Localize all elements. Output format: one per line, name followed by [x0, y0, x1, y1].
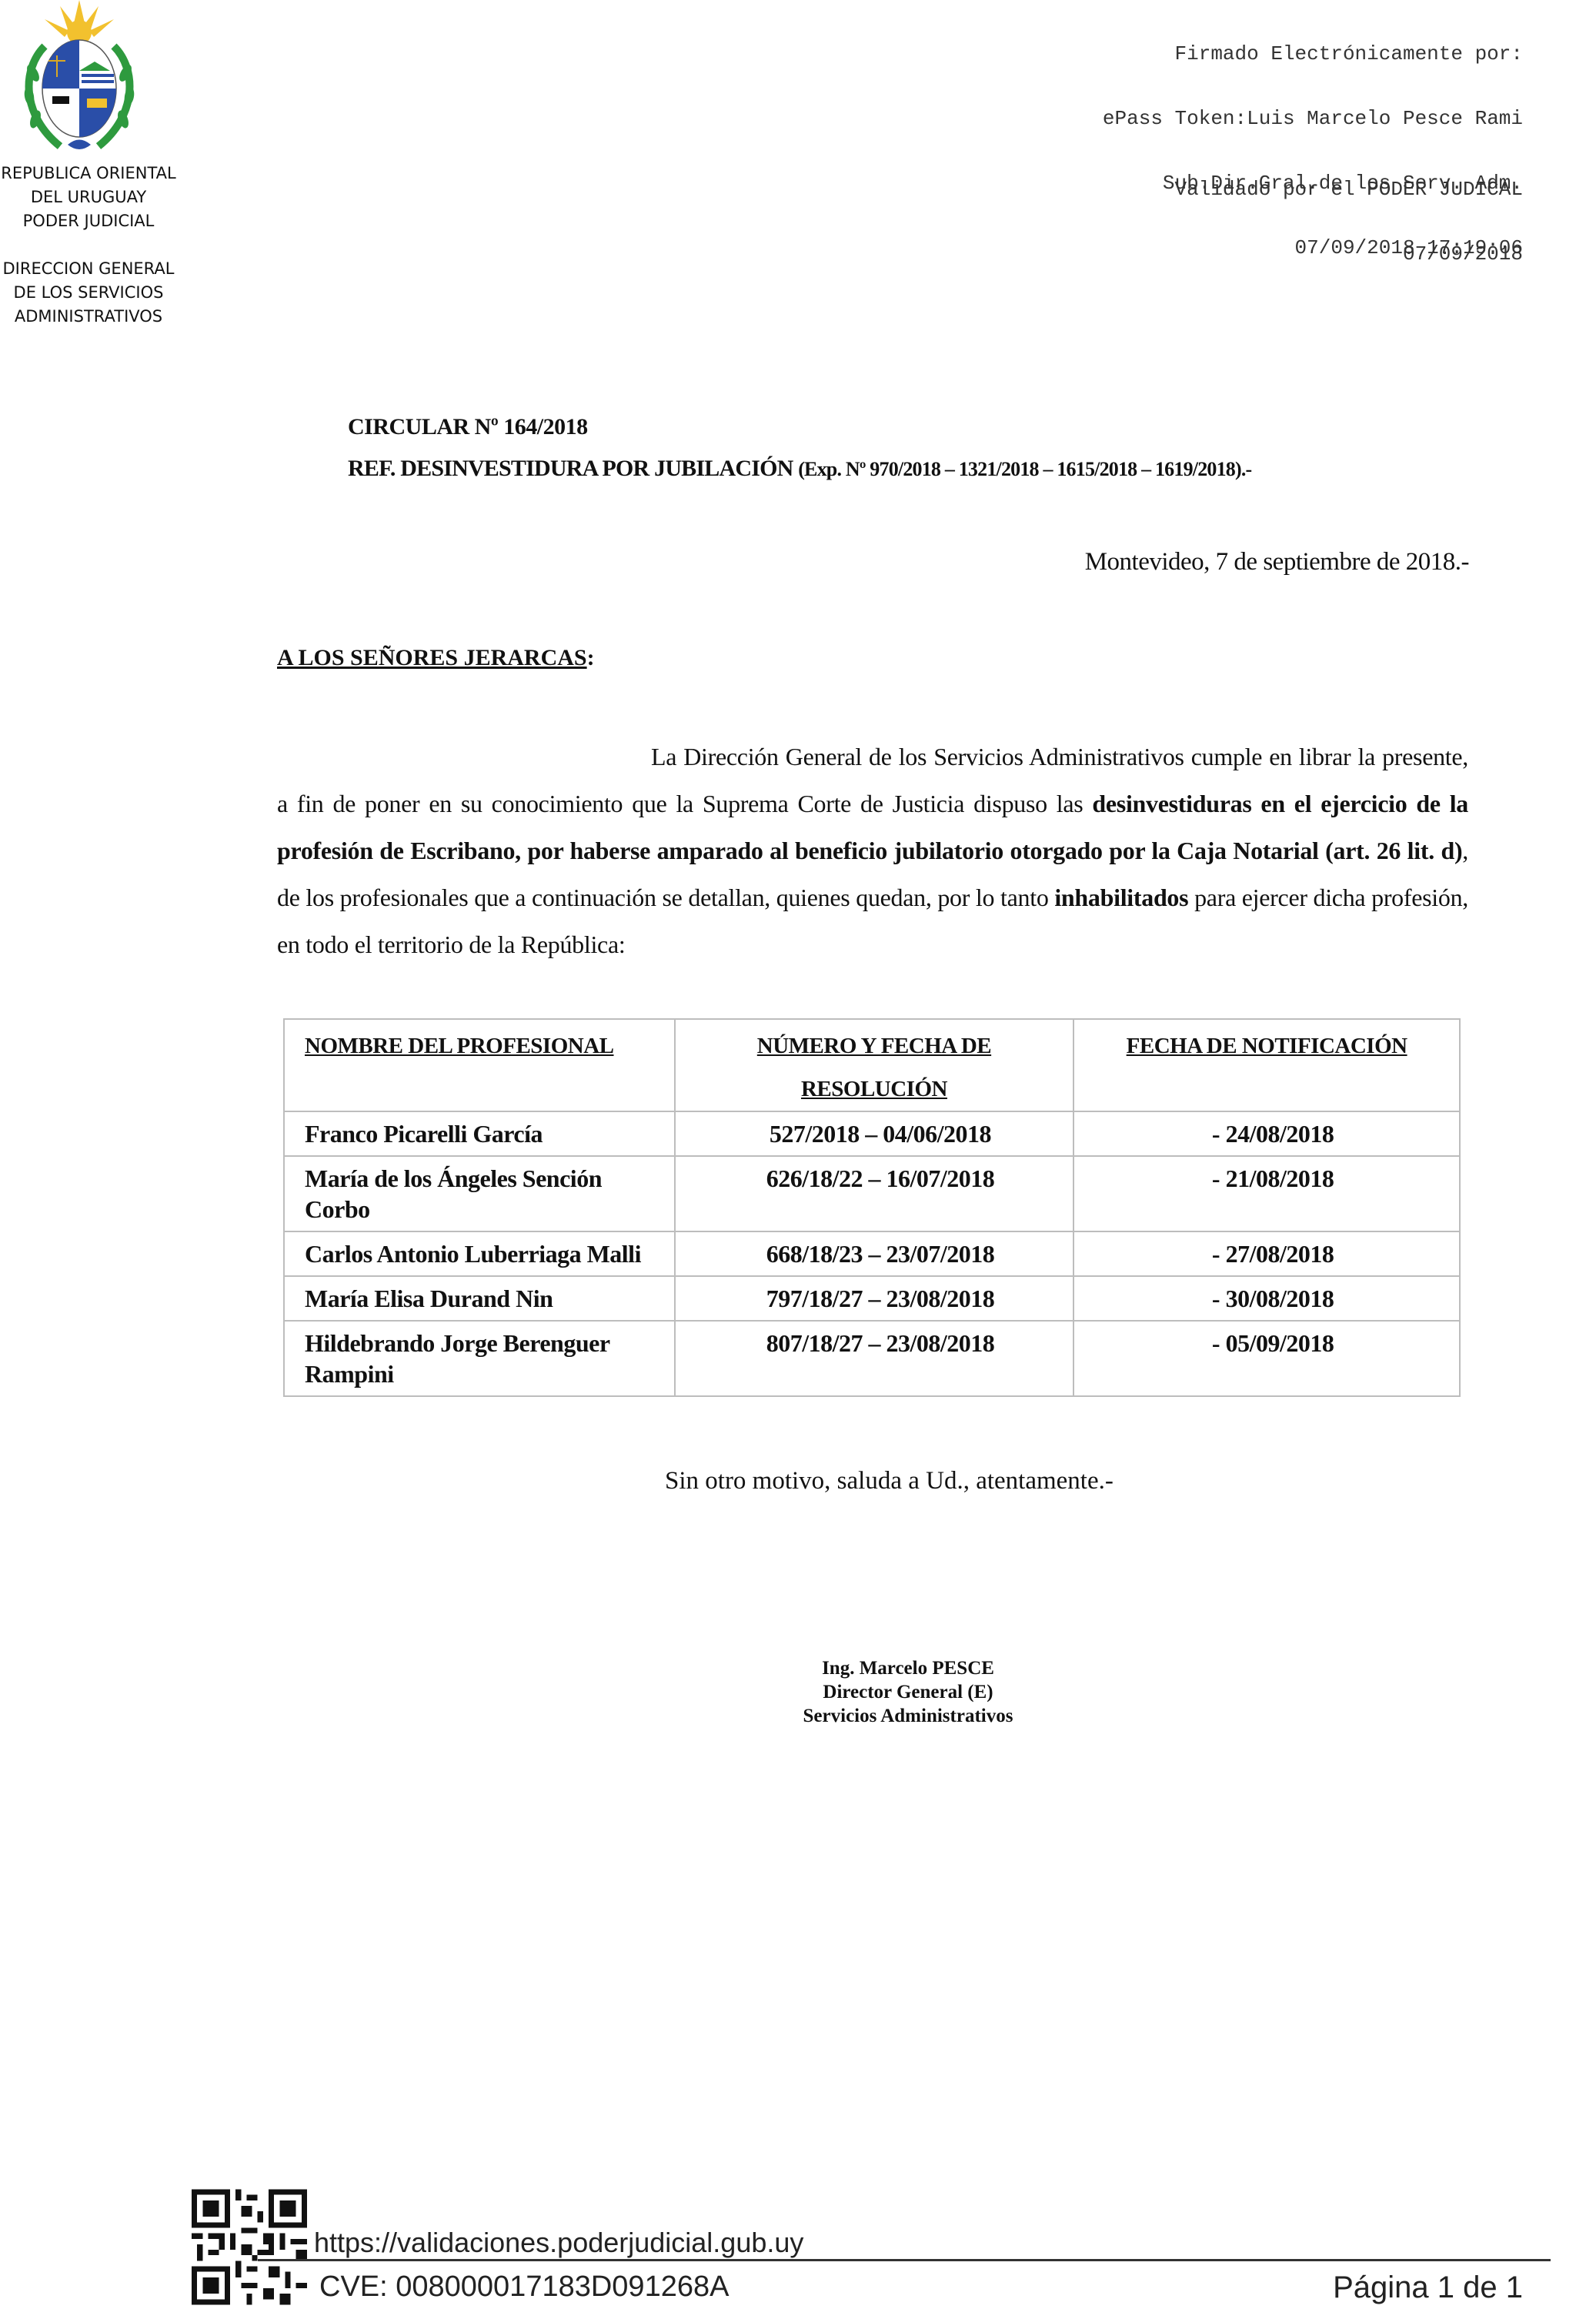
table-row: Hildebrando Jorge Berenguer Rampini 807/… — [284, 1321, 1460, 1396]
resolution: 626/18/22 – 16/07/2018 — [675, 1156, 1074, 1231]
place-and-date: Montevideo, 7 de septiembre de 2018.- — [1085, 548, 1469, 576]
column-header-resolution: NÚMERO Y FECHA DE RESOLUCIÓN — [675, 1019, 1074, 1111]
notification-date: - 21/08/2018 — [1073, 1156, 1460, 1231]
salutation: A LOS SEÑORES JERARCAS: — [277, 645, 595, 671]
professional-name: María de los Ángeles Sención Corbo — [284, 1156, 675, 1231]
reference-line: REF. DESINVESTIDURA POR JUBILACIÓN (Exp.… — [348, 456, 1251, 482]
signer-title: Director General (E) — [770, 1680, 1047, 1704]
notification-date: - 05/09/2018 — [1073, 1321, 1460, 1396]
signer-name: Ing. Marcelo PESCE — [770, 1656, 1047, 1680]
footer-divider — [258, 2259, 1551, 2261]
validation-date: 07/09/2018 — [1175, 243, 1523, 265]
body-bold-text: inhabilitados — [1054, 884, 1188, 911]
notification-date: - 30/08/2018 — [1073, 1276, 1460, 1321]
qr-code-icon — [192, 2188, 307, 2306]
validation-stamp: Validado por el PODER JUDICAL 07/09/2018 — [1175, 135, 1523, 286]
body-paragraph: La Dirección General de los Servicios Ad… — [277, 733, 1468, 968]
column-header-name: NOMBRE DEL PROFESIONAL — [284, 1019, 675, 1111]
closing-line: Sin otro motivo, saluda a Ud., atentamen… — [665, 1467, 1114, 1495]
dept-line: ADMINISTRATIVOS — [0, 305, 177, 329]
cve-code: CVE: 008000017183D091268A — [319, 2271, 729, 2304]
resolution: 527/2018 – 04/06/2018 — [675, 1111, 1074, 1156]
resolution: 797/18/27 – 23/08/2018 — [675, 1276, 1074, 1321]
dept-line: DIRECCION GENERAL — [0, 257, 177, 281]
page-number: Página 1 de 1 — [1333, 2271, 1523, 2305]
stamp-line: Firmado Electrónicamente por: — [1103, 43, 1523, 65]
table-row: Carlos Antonio Luberriaga Malli 668/18/2… — [284, 1231, 1460, 1276]
resolution: 668/18/23 – 23/07/2018 — [675, 1231, 1074, 1276]
org-line: DEL URUGUAY — [0, 185, 177, 209]
table-row: María Elisa Durand Nin 797/18/27 – 23/08… — [284, 1276, 1460, 1321]
table-row: María de los Ángeles Sención Corbo 626/1… — [284, 1156, 1460, 1231]
resolution: 807/18/27 – 23/08/2018 — [675, 1321, 1074, 1396]
professionals-table: NOMBRE DEL PROFESIONAL NÚMERO Y FECHA DE… — [283, 1018, 1461, 1397]
professional-name: Franco Picarelli García — [284, 1111, 675, 1156]
circular-number: CIRCULAR Nº 164/2018 — [348, 414, 588, 440]
table-header-row: NOMBRE DEL PROFESIONAL NÚMERO Y FECHA DE… — [284, 1019, 1460, 1111]
signer-block: Ing. Marcelo PESCE Director General (E) … — [770, 1656, 1047, 1728]
notification-date: - 27/08/2018 — [1073, 1231, 1460, 1276]
reference-subject: REF. DESINVESTIDURA POR JUBILACIÓN — [348, 456, 793, 481]
signer-office: Servicios Administrativos — [770, 1704, 1047, 1728]
column-header-notification: FECHA DE NOTIFICACIÓN — [1073, 1019, 1460, 1111]
dept-line: DE LOS SERVICIOS — [0, 281, 177, 305]
department-name: DIRECCION GENERAL DE LOS SERVICIOS ADMIN… — [0, 257, 177, 329]
professional-name: Carlos Antonio Luberriaga Malli — [284, 1231, 675, 1276]
validation-url[interactable]: https://validaciones.poderjudicial.gub.u… — [314, 2227, 803, 2259]
salutation-text: A LOS SEÑORES JERARCAS — [277, 645, 587, 670]
org-line: PODER JUDICIAL — [0, 209, 177, 233]
table-row: Franco Picarelli García 527/2018 – 04/06… — [284, 1111, 1460, 1156]
professional-name: Hildebrando Jorge Berenguer Rampini — [284, 1321, 675, 1396]
org-line: REPUBLICA ORIENTAL — [0, 162, 177, 185]
stamp-line: ePass Token:Luis Marcelo Pesce Rami — [1103, 108, 1523, 129]
salutation-colon: : — [587, 645, 595, 670]
notification-date: - 24/08/2018 — [1073, 1111, 1460, 1156]
coat-of-arms-icon — [14, 0, 145, 158]
organization-name: REPUBLICA ORIENTAL DEL URUGUAY PODER JUD… — [0, 162, 177, 233]
validation-line: Validado por el PODER JUDICAL — [1175, 179, 1523, 200]
professional-name: María Elisa Durand Nin — [284, 1276, 675, 1321]
reference-expedientes: (Exp. Nº 970/2018 – 1321/2018 – 1615/201… — [798, 458, 1251, 480]
